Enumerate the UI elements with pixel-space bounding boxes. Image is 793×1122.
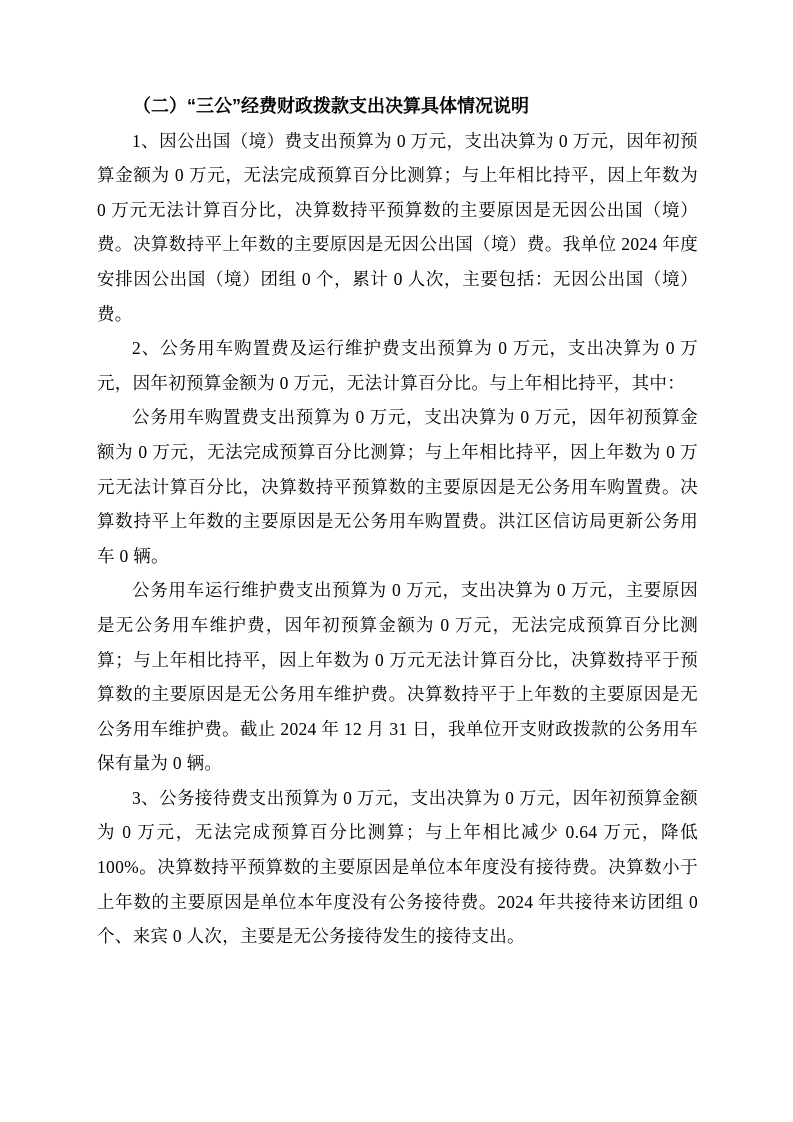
section-heading: （二）“三公”经费财政拨款支出决算具体情况说明 <box>97 89 698 124</box>
paragraph-vehicle-maintenance: 公务用车运行维护费支出预算为 0 万元，支出决算为 0 万元，主要原因是无公务用… <box>97 573 698 781</box>
paragraph-vehicle-total: 2、公务用车购置费及运行维护费支出预算为 0 万元，支出决算为 0 万元，因年初… <box>97 331 698 400</box>
document-content: （二）“三公”经费财政拨款支出决算具体情况说明 1、因公出国（境）费支出预算为 … <box>97 89 698 954</box>
document-page: （二）“三公”经费财政拨款支出决算具体情况说明 1、因公出国（境）费支出预算为 … <box>0 0 793 1122</box>
paragraph-vehicle-purchase: 公务用车购置费支出预算为 0 万元，支出决算为 0 万元，因年初预算金额为 0 … <box>97 400 698 573</box>
paragraph-overseas-travel: 1、因公出国（境）费支出预算为 0 万元，支出决算为 0 万元，因年初预算金额为… <box>97 124 698 332</box>
paragraph-official-reception: 3、公务接待费支出预算为 0 万元，支出决算为 0 万元，因年初预算金额为 0 … <box>97 781 698 954</box>
